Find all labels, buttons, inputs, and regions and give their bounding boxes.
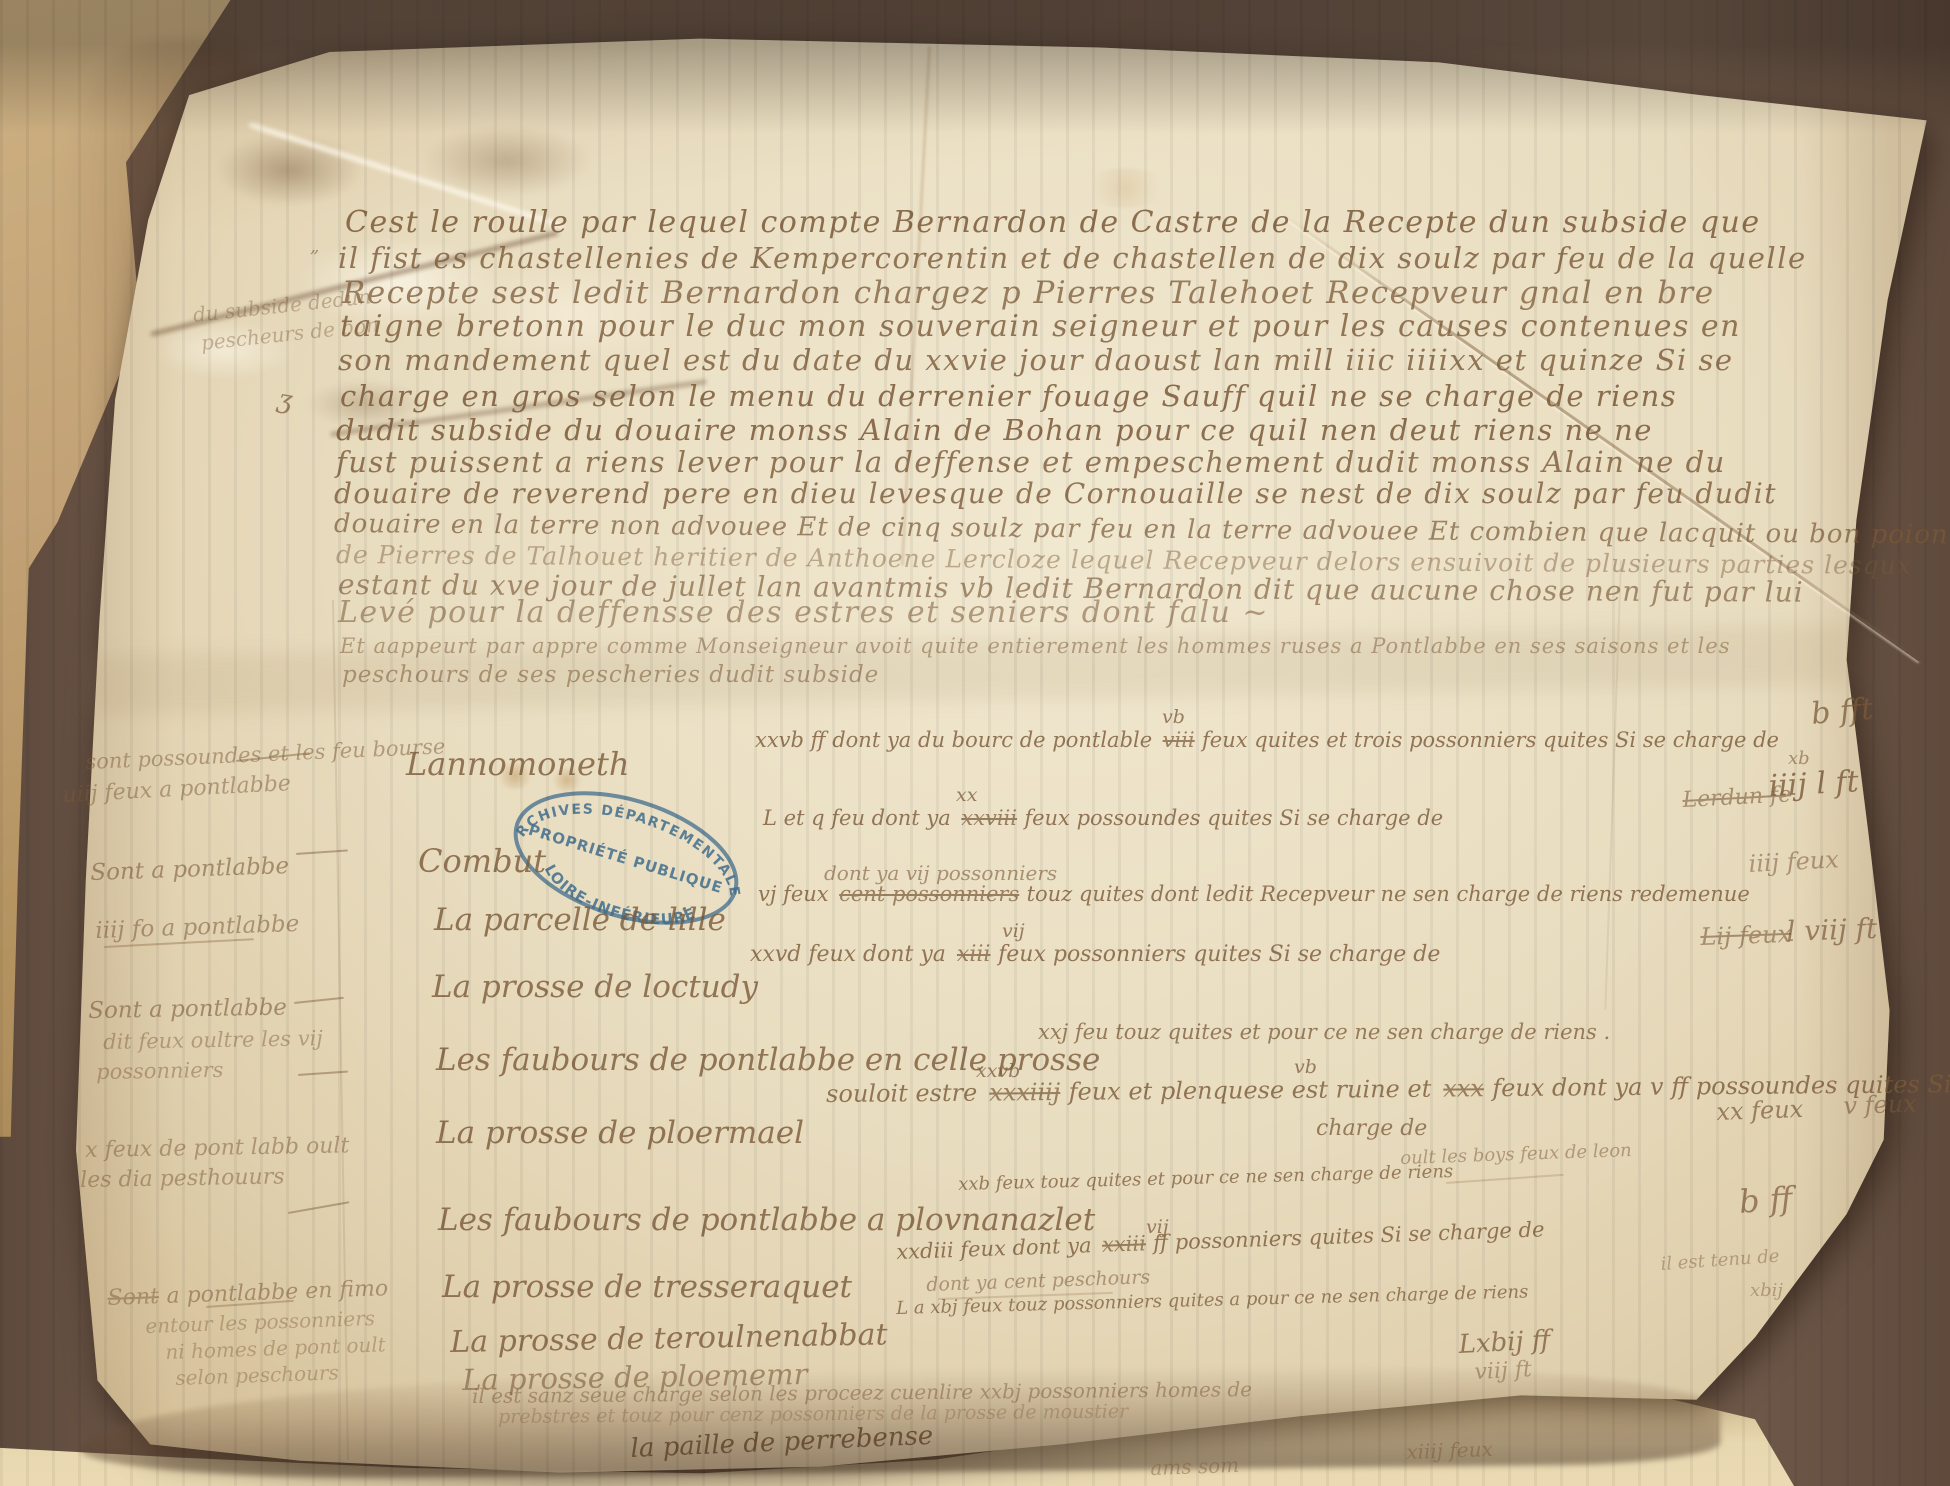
entry-text: feux et plenquese est ruine et <box>1069 1077 1432 1104</box>
entry-text: xxvd feux dont ya <box>750 944 946 966</box>
struck-number: xxx <box>1443 1076 1484 1100</box>
entry-text: souloit estre <box>826 1081 977 1106</box>
row-entry: vj feuxcent possonnierstouz quites dont … <box>758 884 1758 905</box>
struck-number: xxiii <box>1102 1233 1147 1256</box>
row-label: La prosse de teroulnenabbat <box>450 1320 888 1358</box>
interlinear-correction: vb <box>1162 708 1185 727</box>
row-label: La prosse de tresseraquet <box>442 1272 852 1303</box>
margin-note: dit feux oultre les vij <box>103 1028 323 1053</box>
row-entry: L et q feu dont yaxxviiifeux possoundes … <box>763 808 1452 829</box>
row-entry: xxj feu touz quites et pour ce ne sen ch… <box>1038 1022 1610 1043</box>
scribal-mark: „ <box>310 238 319 256</box>
row-amount: iiij feux <box>1748 847 1839 876</box>
margin-note: les dia pesthouurs <box>80 1166 285 1192</box>
row-amount: l viij ft <box>1786 915 1878 946</box>
margin-note: possonniers <box>96 1060 224 1083</box>
interlinear-correction: vb <box>1294 1058 1317 1077</box>
paragraph-line: Levé pour la deffensse des estres et sen… <box>338 598 1269 628</box>
margin-note: selon peschours <box>175 1362 339 1388</box>
margin-note: Sont a pontlabbe <box>88 997 287 1023</box>
row-entry-continuation: charge de <box>1316 1118 1427 1140</box>
struck-number: xxviii <box>961 808 1017 829</box>
row-amount: b ff <box>1738 1182 1793 1218</box>
paragraph-line: taigne bretonn pour le duc mon souverain… <box>340 312 1741 342</box>
paragraph-line: il fist es chastellenies de Kempercorent… <box>338 244 1807 273</box>
row-amount: xbij <box>1750 1282 1783 1300</box>
paragraph-line: peschours de ses pescheries dudit subsid… <box>342 664 879 687</box>
row-amount: viij ft <box>1474 1359 1532 1384</box>
row-amount: b fft <box>1810 695 1874 730</box>
row-label: Les faubours de pontlabbe a plovnanazlet <box>438 1205 1095 1236</box>
paragraph-line: Cest le roulle par lequel compte Bernard… <box>345 208 1761 238</box>
paragraph-line: son mandement quel est du date du xxvie … <box>338 346 1734 375</box>
interlinear-correction: xb <box>1788 750 1810 768</box>
row-amount: v feux <box>1843 1091 1917 1118</box>
paragraph-line: dudit subside du douaire monss Alain de … <box>336 416 1653 445</box>
row-label: Lannomoneth <box>406 748 629 780</box>
margin-note: x feux de pont labb oult <box>85 1135 350 1162</box>
paragraph-line: Et aappeurt par appre comme Monseigneur … <box>340 636 1730 657</box>
row-entry: prebstres et touz pour cenz possonniers … <box>498 1403 1128 1427</box>
entry-text: touz quites dont ledit Recepveur ne sen … <box>1027 884 1750 905</box>
paragraph-line: Recepte sest ledit Bernardon chargez p P… <box>342 278 1715 309</box>
entry-text: feux quites et trois possonniers quites … <box>1202 730 1779 751</box>
struck-number: xiii <box>957 944 991 966</box>
entry-text: vj feux <box>758 884 829 905</box>
row-label: La prosse de loctudy <box>432 972 758 1003</box>
paragraph-line: fust puissent a riens lever pour la deff… <box>336 448 1726 477</box>
interlinear-correction: xx <box>956 786 977 805</box>
interlinear-correction: xxvb <box>976 1062 1020 1081</box>
row-entry: xxvb ff dont ya du bourc de pontlablevii… <box>755 730 1787 751</box>
struck-amount: Lij feux <box>1700 922 1792 949</box>
paragraph-line: douaire de reverend pere en dieu levesqu… <box>334 480 1777 508</box>
row-label: Combut <box>418 845 546 877</box>
struck-word: Sont <box>107 1286 159 1310</box>
row-label: La parcelle de lille <box>434 905 726 936</box>
struck-number: viii <box>1163 730 1195 751</box>
struck-number: xxxiiij <box>989 1080 1060 1105</box>
entry-text: feux possoundes quites Si se charge de <box>1024 808 1443 829</box>
paragraph-line: charge en gros selon le menu du derrenie… <box>340 382 1677 411</box>
interlinear-note: dont ya vij possonniers <box>824 863 1057 883</box>
interlinear-correction: vij <box>1002 922 1025 941</box>
under-sheet-note: ams som <box>1150 1455 1239 1478</box>
row-amount: xx feux <box>1716 1097 1804 1124</box>
parchment-stain <box>1080 168 1170 208</box>
entry-text: xxvb ff dont ya du bourc de pontlable <box>755 730 1152 751</box>
struck-words: cent possonniers <box>839 884 1019 905</box>
interlinear-correction: vij <box>1146 1218 1169 1237</box>
entry-text: L et q feu dont ya <box>763 808 951 829</box>
photograph-of-manuscript: Cest le roulle par lequel compte Bernard… <box>0 0 1950 1486</box>
entry-text: feux possonniers quites Si se charge de <box>998 944 1440 966</box>
under-sheet-note: xiiij feux <box>1406 1439 1493 1462</box>
row-amount: iiij l ft <box>1768 767 1859 802</box>
row-label: La prosse de ploermael <box>436 1118 804 1149</box>
row-amount: Lxbij ff <box>1458 1327 1551 1358</box>
row-entry: xxvd feux dont yaxiiifeux possonniers qu… <box>750 944 1449 966</box>
